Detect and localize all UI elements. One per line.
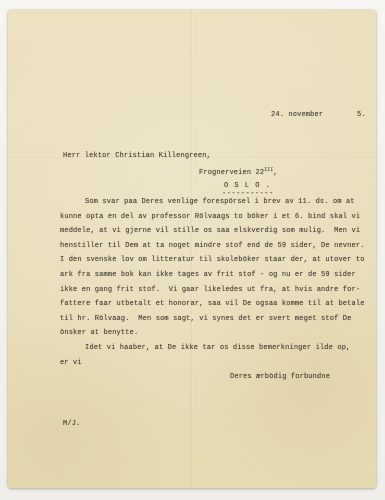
typist-initials: M/J. [63, 420, 80, 428]
letter-paper: 24. november 5. Herr lektor Christian Ki… [8, 10, 376, 488]
street-comma: , [273, 169, 277, 177]
recipient-name: Herr lektor Christian Killengreen, [63, 152, 211, 160]
recipient-city: O S L O . [224, 182, 271, 190]
letter-line: ark fra samme bok kan ikke tages av frit… [60, 268, 365, 283]
letter-line: kunne opta en del av professor Rölvaags … [60, 210, 365, 225]
letter-date: 24. november [271, 111, 323, 119]
letter-line: I den svenske lov om litteratur til skol… [60, 253, 365, 268]
closing-salutation: Deres ærbödig forbundne [230, 373, 330, 381]
letter-line: er vi [60, 356, 365, 371]
letter-ref-number: 5. [357, 111, 366, 119]
recipient-street: Frognerveien 22III, [199, 167, 278, 177]
letter-line: Som svar paa Deres venlige forespörsel i… [60, 195, 365, 210]
letter-line: Idet vi haaber, at De ikke tar os disse … [60, 341, 365, 356]
date-row: 24. november 5. [8, 111, 376, 123]
street-floor-superscript: III [264, 167, 273, 173]
letter-line: meddele, at vi gjerne vil stille os saa … [60, 224, 365, 239]
street-text: Frognerveien 22 [199, 169, 264, 177]
letter-line: henstiller til Dem at ta noget mindre st… [60, 239, 365, 254]
letter-line: önsker at benytte. [60, 326, 365, 341]
letter-line: fattere faar utbetalt et honorar, saa vi… [60, 297, 365, 312]
letter-line: til hr. Rölvaag. Men som sagt, vi synes … [60, 312, 365, 327]
letter-line: ikke en gang frit stof. Vi gaar likelede… [60, 283, 365, 298]
scan-background: 24. november 5. Herr lektor Christian Ki… [0, 0, 385, 500]
letter-body: Som svar paa Deres venlige forespörsel i… [60, 195, 365, 370]
